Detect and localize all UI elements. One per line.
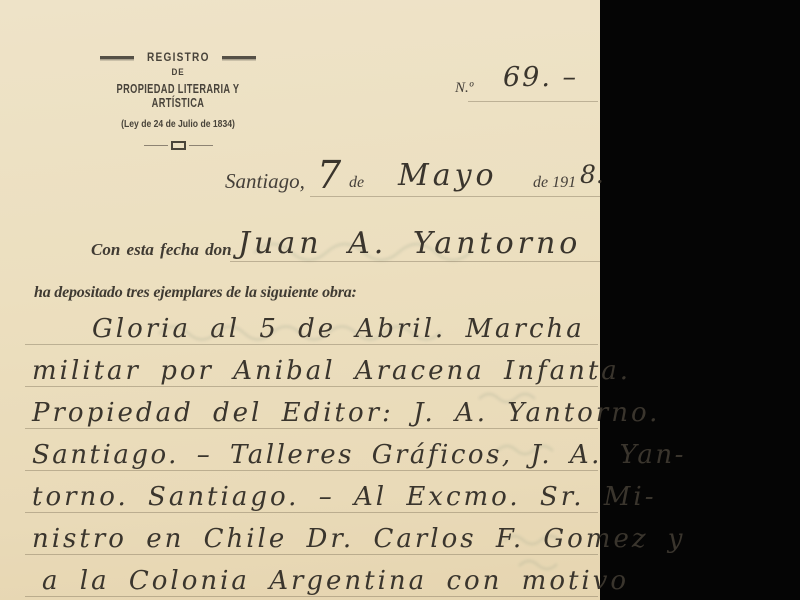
dateline-de: de — [349, 174, 364, 192]
name-guide-line — [230, 261, 600, 262]
entry-number-guide-line — [468, 101, 598, 102]
dateline-month-handwritten: Mayo — [398, 158, 498, 193]
handwritten-line-5: torno. Santiago. – Al Excmo. Sr. Mi- — [32, 482, 657, 512]
handwritten-line-1: Gloria al 5 de Abril. Marcha — [92, 314, 585, 344]
handwritten-line-3: Propiedad del Editor: J. A. Yantorno. — [32, 398, 660, 428]
guide-line-1 — [25, 344, 598, 345]
guide-line-6 — [25, 554, 598, 555]
registro-row: REGISTRO — [70, 50, 286, 64]
letterhead: REGISTRO DE PROPIEDAD LITERARIA Y ARTÍST… — [70, 50, 286, 150]
ornament-dash-left — [144, 145, 168, 146]
law-reference: (Ley de 24 de Julio de 1834) — [85, 119, 271, 130]
rule-dash-right — [222, 56, 256, 59]
ornament — [70, 141, 286, 150]
dateline-year-prefix: de 191 — [533, 174, 576, 192]
de-label: DE — [81, 67, 275, 77]
guide-line-5 — [25, 512, 598, 513]
rule-dash-left — [100, 56, 134, 59]
ornament-box-icon — [171, 141, 186, 150]
registro-label: REGISTRO — [147, 50, 210, 64]
handwritten-line-4: Santiago. – Talleres Gráficos, J. A. Yan… — [32, 440, 686, 470]
scanned-document: REGISTRO DE PROPIEDAD LITERARIA Y ARTÍST… — [0, 0, 800, 600]
ornament-dash-right — [189, 145, 213, 146]
guide-line-7 — [25, 596, 598, 597]
guide-line-2 — [25, 386, 598, 387]
handwritten-line-6: nistro en Chile Dr. Carlos F. Gomez y — [32, 524, 686, 554]
depositor-name-handwritten: Juan A. Yantorno — [238, 226, 581, 261]
registry-title: PROPIEDAD LITERARIA Y ARTÍSTICA — [98, 82, 258, 110]
dateline-day-handwritten: 7 — [317, 153, 341, 197]
guide-line-3 — [25, 428, 598, 429]
dateline-guide-line — [310, 196, 600, 197]
intro-printed-lead: Con esta fecha don — [91, 240, 232, 260]
handwritten-line-2: militar por Anibal Aracena Infanta. — [32, 356, 631, 386]
dateline-city: Santiago, — [225, 169, 305, 194]
dateline-year-digit-handwritten: 8. — [580, 160, 604, 189]
handwritten-line-7: a la Colonia Argentina con motivo — [42, 566, 629, 596]
entry-number-label: N.º — [455, 80, 473, 97]
guide-line-4 — [25, 470, 598, 471]
deposit-statement-printed: ha depositado tres ejemplares de la sigu… — [34, 284, 357, 302]
entry-number-value: 69. – — [503, 62, 578, 93]
